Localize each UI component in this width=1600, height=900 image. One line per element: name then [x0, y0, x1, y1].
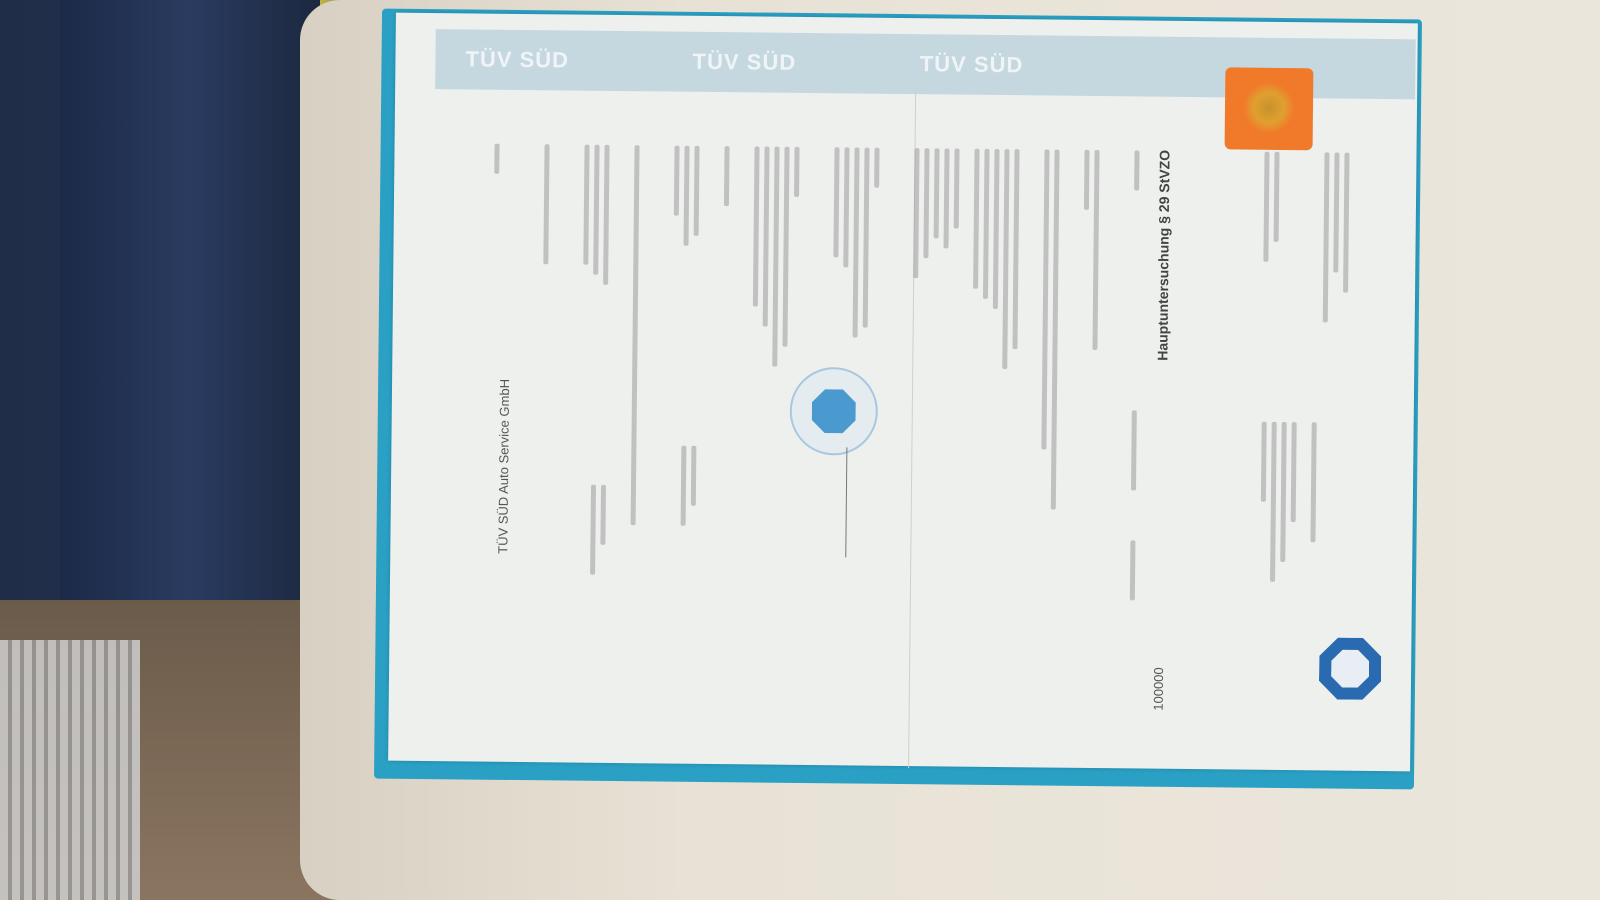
text-line — [1263, 152, 1269, 262]
text-line — [772, 147, 779, 367]
text-line — [684, 146, 690, 246]
text-line — [1261, 422, 1267, 502]
text-line — [674, 146, 680, 216]
text-line — [603, 145, 609, 285]
company-signoff: TÜV SÜD Auto Service GmbH — [495, 379, 512, 554]
radiator — [0, 640, 140, 900]
text-line — [590, 485, 596, 575]
banner-brand: TÜV SÜD — [465, 46, 569, 73]
banner-slogan — [629, 54, 633, 69]
text-line — [1343, 153, 1349, 293]
inspection-report: TÜV SÜD TÜV SÜD TÜV SÜD Hauptuntersuchun… — [388, 13, 1418, 772]
text-line — [983, 149, 990, 299]
text-line — [543, 144, 549, 264]
text-line — [763, 147, 770, 327]
banner-brand: TÜV SÜD — [920, 51, 1024, 78]
text-line — [934, 148, 940, 238]
text-line — [863, 148, 870, 328]
text-line — [782, 147, 789, 347]
text-line — [1051, 150, 1060, 510]
text-line — [681, 446, 687, 526]
text-line — [1130, 540, 1136, 600]
text-line — [1134, 150, 1139, 190]
banner-brand: TÜV SÜD — [692, 49, 796, 76]
text-line — [794, 147, 800, 197]
text-line — [853, 147, 860, 337]
banner-slogan — [856, 56, 860, 71]
text-line — [973, 149, 979, 289]
signature-line — [845, 447, 847, 557]
report-heading: Hauptuntersuchung § 29 StVZO — [1154, 150, 1172, 361]
tuv-logo-icon — [1319, 637, 1382, 700]
text-line — [583, 145, 589, 265]
text-line — [1092, 150, 1099, 350]
text-line — [1274, 152, 1280, 242]
text-line — [691, 446, 697, 506]
text-line — [1002, 149, 1009, 369]
text-line — [724, 146, 730, 206]
text-line — [1333, 153, 1339, 273]
text-line — [1012, 149, 1019, 349]
text-line — [631, 145, 640, 525]
text-line — [923, 148, 929, 258]
mileage-value: 100000 — [1151, 667, 1166, 711]
text-line — [1270, 422, 1277, 582]
text-line — [1131, 410, 1137, 490]
text-line — [874, 148, 879, 188]
text-line — [944, 148, 950, 248]
text-line — [913, 148, 919, 278]
text-line — [1041, 149, 1049, 449]
text-line — [1291, 422, 1297, 522]
text-line — [954, 149, 960, 229]
inspection-sticker — [1225, 67, 1314, 150]
text-line — [1310, 422, 1316, 542]
text-line — [600, 485, 606, 545]
text-line — [494, 144, 499, 174]
text-line — [1323, 152, 1330, 322]
text-line — [1084, 150, 1090, 210]
tuv-seal-stamp — [789, 367, 878, 456]
text-line — [593, 145, 599, 275]
text-line — [833, 147, 839, 257]
text-line — [753, 146, 760, 306]
text-line — [1280, 422, 1286, 562]
text-line — [694, 146, 700, 236]
text-line — [843, 147, 849, 267]
text-line — [993, 149, 1000, 309]
